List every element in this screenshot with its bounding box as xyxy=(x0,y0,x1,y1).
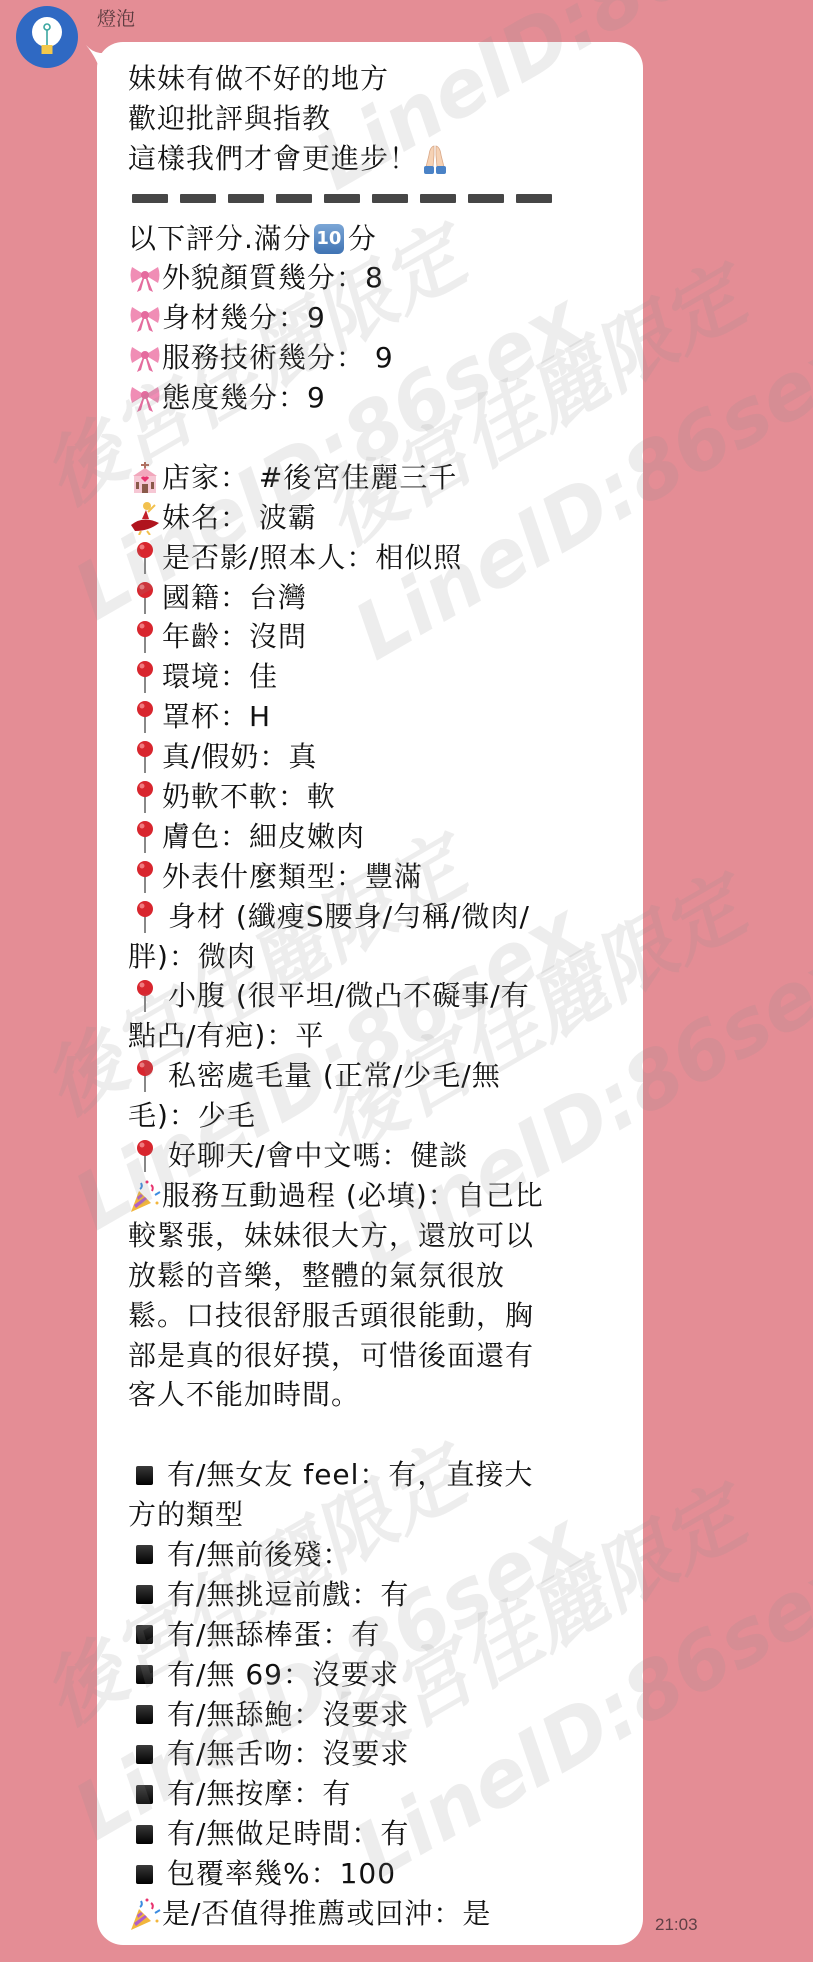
service-line: 部是真的很好摸，可惜後面還有 xyxy=(128,1336,643,1376)
blank-line xyxy=(128,1415,643,1455)
checklist-item: 有/無做足時間：有 xyxy=(128,1814,643,1854)
detail-item: 好聊天/會中文嗎：健談 xyxy=(128,1136,643,1176)
score-item: 服務技術幾分： 9 xyxy=(128,338,643,378)
message-text: 這樣我們才會更進步！ xyxy=(128,139,418,179)
blank-line xyxy=(128,418,643,458)
pushpin-icon xyxy=(128,541,162,575)
checklist-item: 有/無舔鮑：沒要求 xyxy=(128,1695,643,1735)
square-bullet-icon xyxy=(136,1466,153,1485)
ribbon-icon xyxy=(128,381,162,415)
service-line: 服務互動過程 (必填)：自己比 xyxy=(128,1176,643,1216)
detail-item-continued: 毛)：少毛 xyxy=(128,1096,643,1136)
message-line: 妹妹有做不好的地方 xyxy=(128,59,643,99)
keycap-ten-icon: 10 xyxy=(314,224,344,254)
square-bullet-icon xyxy=(136,1865,153,1884)
detail-item: 私密處毛量 (正常/少毛/無 xyxy=(128,1056,643,1096)
score-item: 身材幾分：9 xyxy=(128,298,643,338)
ribbon-icon xyxy=(128,301,162,335)
checklist-item: 有/無舔棒蛋：有 xyxy=(128,1615,643,1655)
party-popper-icon xyxy=(128,1897,162,1931)
checklist-item: 有/無 69：沒要求 xyxy=(128,1655,643,1695)
avatar[interactable] xyxy=(16,6,78,68)
detail-item: 國籍：台灣 xyxy=(128,578,643,618)
pushpin-icon xyxy=(128,900,162,934)
shop-line: 店家： #後宮佳麗三千 xyxy=(128,458,643,498)
dancer-icon xyxy=(128,501,162,535)
square-bullet-icon xyxy=(136,1785,153,1804)
girl-name-line: 妹名： 波霸 xyxy=(128,498,643,538)
folded-hands-icon xyxy=(418,142,452,176)
lightbulb-icon xyxy=(27,14,67,60)
checklist-item: 包覆率幾%：100 xyxy=(128,1854,643,1894)
service-line: 較緊張，妹妹很大方，還放可以 xyxy=(128,1216,643,1256)
detail-item: 罩杯：H xyxy=(128,697,643,737)
wedding-chapel-icon xyxy=(128,461,162,495)
pushpin-icon xyxy=(128,660,162,694)
sender-name: 燈泡 xyxy=(97,6,135,32)
checklist-item: 有/無前後殘： xyxy=(128,1535,643,1575)
message-line: 歡迎批評與指教 xyxy=(128,99,643,139)
square-bullet-icon xyxy=(136,1825,153,1844)
scores-title: 以下評分.滿分 10 分 xyxy=(128,219,643,259)
pushpin-icon xyxy=(128,620,162,654)
detail-item: 年齡：沒問 xyxy=(128,617,643,657)
detail-item: 是否影/照本人：相似照 xyxy=(128,538,643,578)
detail-item: 真/假奶：真 xyxy=(128,737,643,777)
square-bullet-icon xyxy=(136,1625,153,1644)
pushpin-icon xyxy=(128,820,162,854)
message-bubble[interactable]: 妹妹有做不好的地方 歡迎批評與指教 這樣我們才會更進步！ 以下評分.滿分 10 … xyxy=(97,42,643,1945)
checklist-item: 有/無舌吻：沒要求 xyxy=(128,1734,643,1774)
message-line: 這樣我們才會更進步！ xyxy=(128,139,643,179)
divider xyxy=(128,179,643,219)
checklist-item: 有/無按摩：有 xyxy=(128,1774,643,1814)
detail-item: 膚色：細皮嫩肉 xyxy=(128,817,643,857)
pushpin-icon xyxy=(128,1139,162,1173)
checklist-item: 有/無女友 feel：有，直接大 xyxy=(128,1455,643,1495)
pushpin-icon xyxy=(128,1059,162,1093)
message-timestamp: 21:03 xyxy=(655,1915,698,1935)
pushpin-icon xyxy=(128,979,162,1013)
checklist-item: 有/無挑逗前戲：有 xyxy=(128,1575,643,1615)
pushpin-icon xyxy=(128,780,162,814)
detail-item: 外表什麼類型：豐滿 xyxy=(128,857,643,897)
detail-item-continued: 點凸/有疤)：平 xyxy=(128,1016,643,1056)
pushpin-icon xyxy=(128,581,162,615)
pushpin-icon xyxy=(128,700,162,734)
pushpin-icon xyxy=(128,740,162,774)
service-line: 鬆。口技很舒服舌頭很能動，胸 xyxy=(128,1296,643,1336)
square-bullet-icon xyxy=(136,1745,153,1764)
party-popper-icon xyxy=(128,1179,162,1213)
service-line: 放鬆的音樂，整體的氣氛很放 xyxy=(128,1256,643,1296)
detail-item: 環境：佳 xyxy=(128,657,643,697)
ribbon-icon xyxy=(128,261,162,295)
detail-item: 小腹 (很平坦/微凸不礙事/有 xyxy=(128,976,643,1016)
pushpin-icon xyxy=(128,860,162,894)
detail-item: 奶軟不軟：軟 xyxy=(128,777,643,817)
recommend-line: 是/否值得推薦或回沖：是 xyxy=(128,1894,643,1934)
square-bullet-icon xyxy=(136,1705,153,1724)
square-bullet-icon xyxy=(136,1665,153,1684)
service-line: 客人不能加時間。 xyxy=(128,1375,643,1415)
checklist-item-continued: 方的類型 xyxy=(128,1495,643,1535)
square-bullet-icon xyxy=(136,1545,153,1564)
detail-item: 身材 (纖瘦S腰身/勻稱/微肉/ xyxy=(128,897,643,937)
detail-item-continued: 胖)：微肉 xyxy=(128,937,643,977)
ribbon-icon xyxy=(128,341,162,375)
score-item: 外貌顏質幾分：8 xyxy=(128,258,643,298)
square-bullet-icon xyxy=(136,1585,153,1604)
score-item: 態度幾分：9 xyxy=(128,378,643,418)
